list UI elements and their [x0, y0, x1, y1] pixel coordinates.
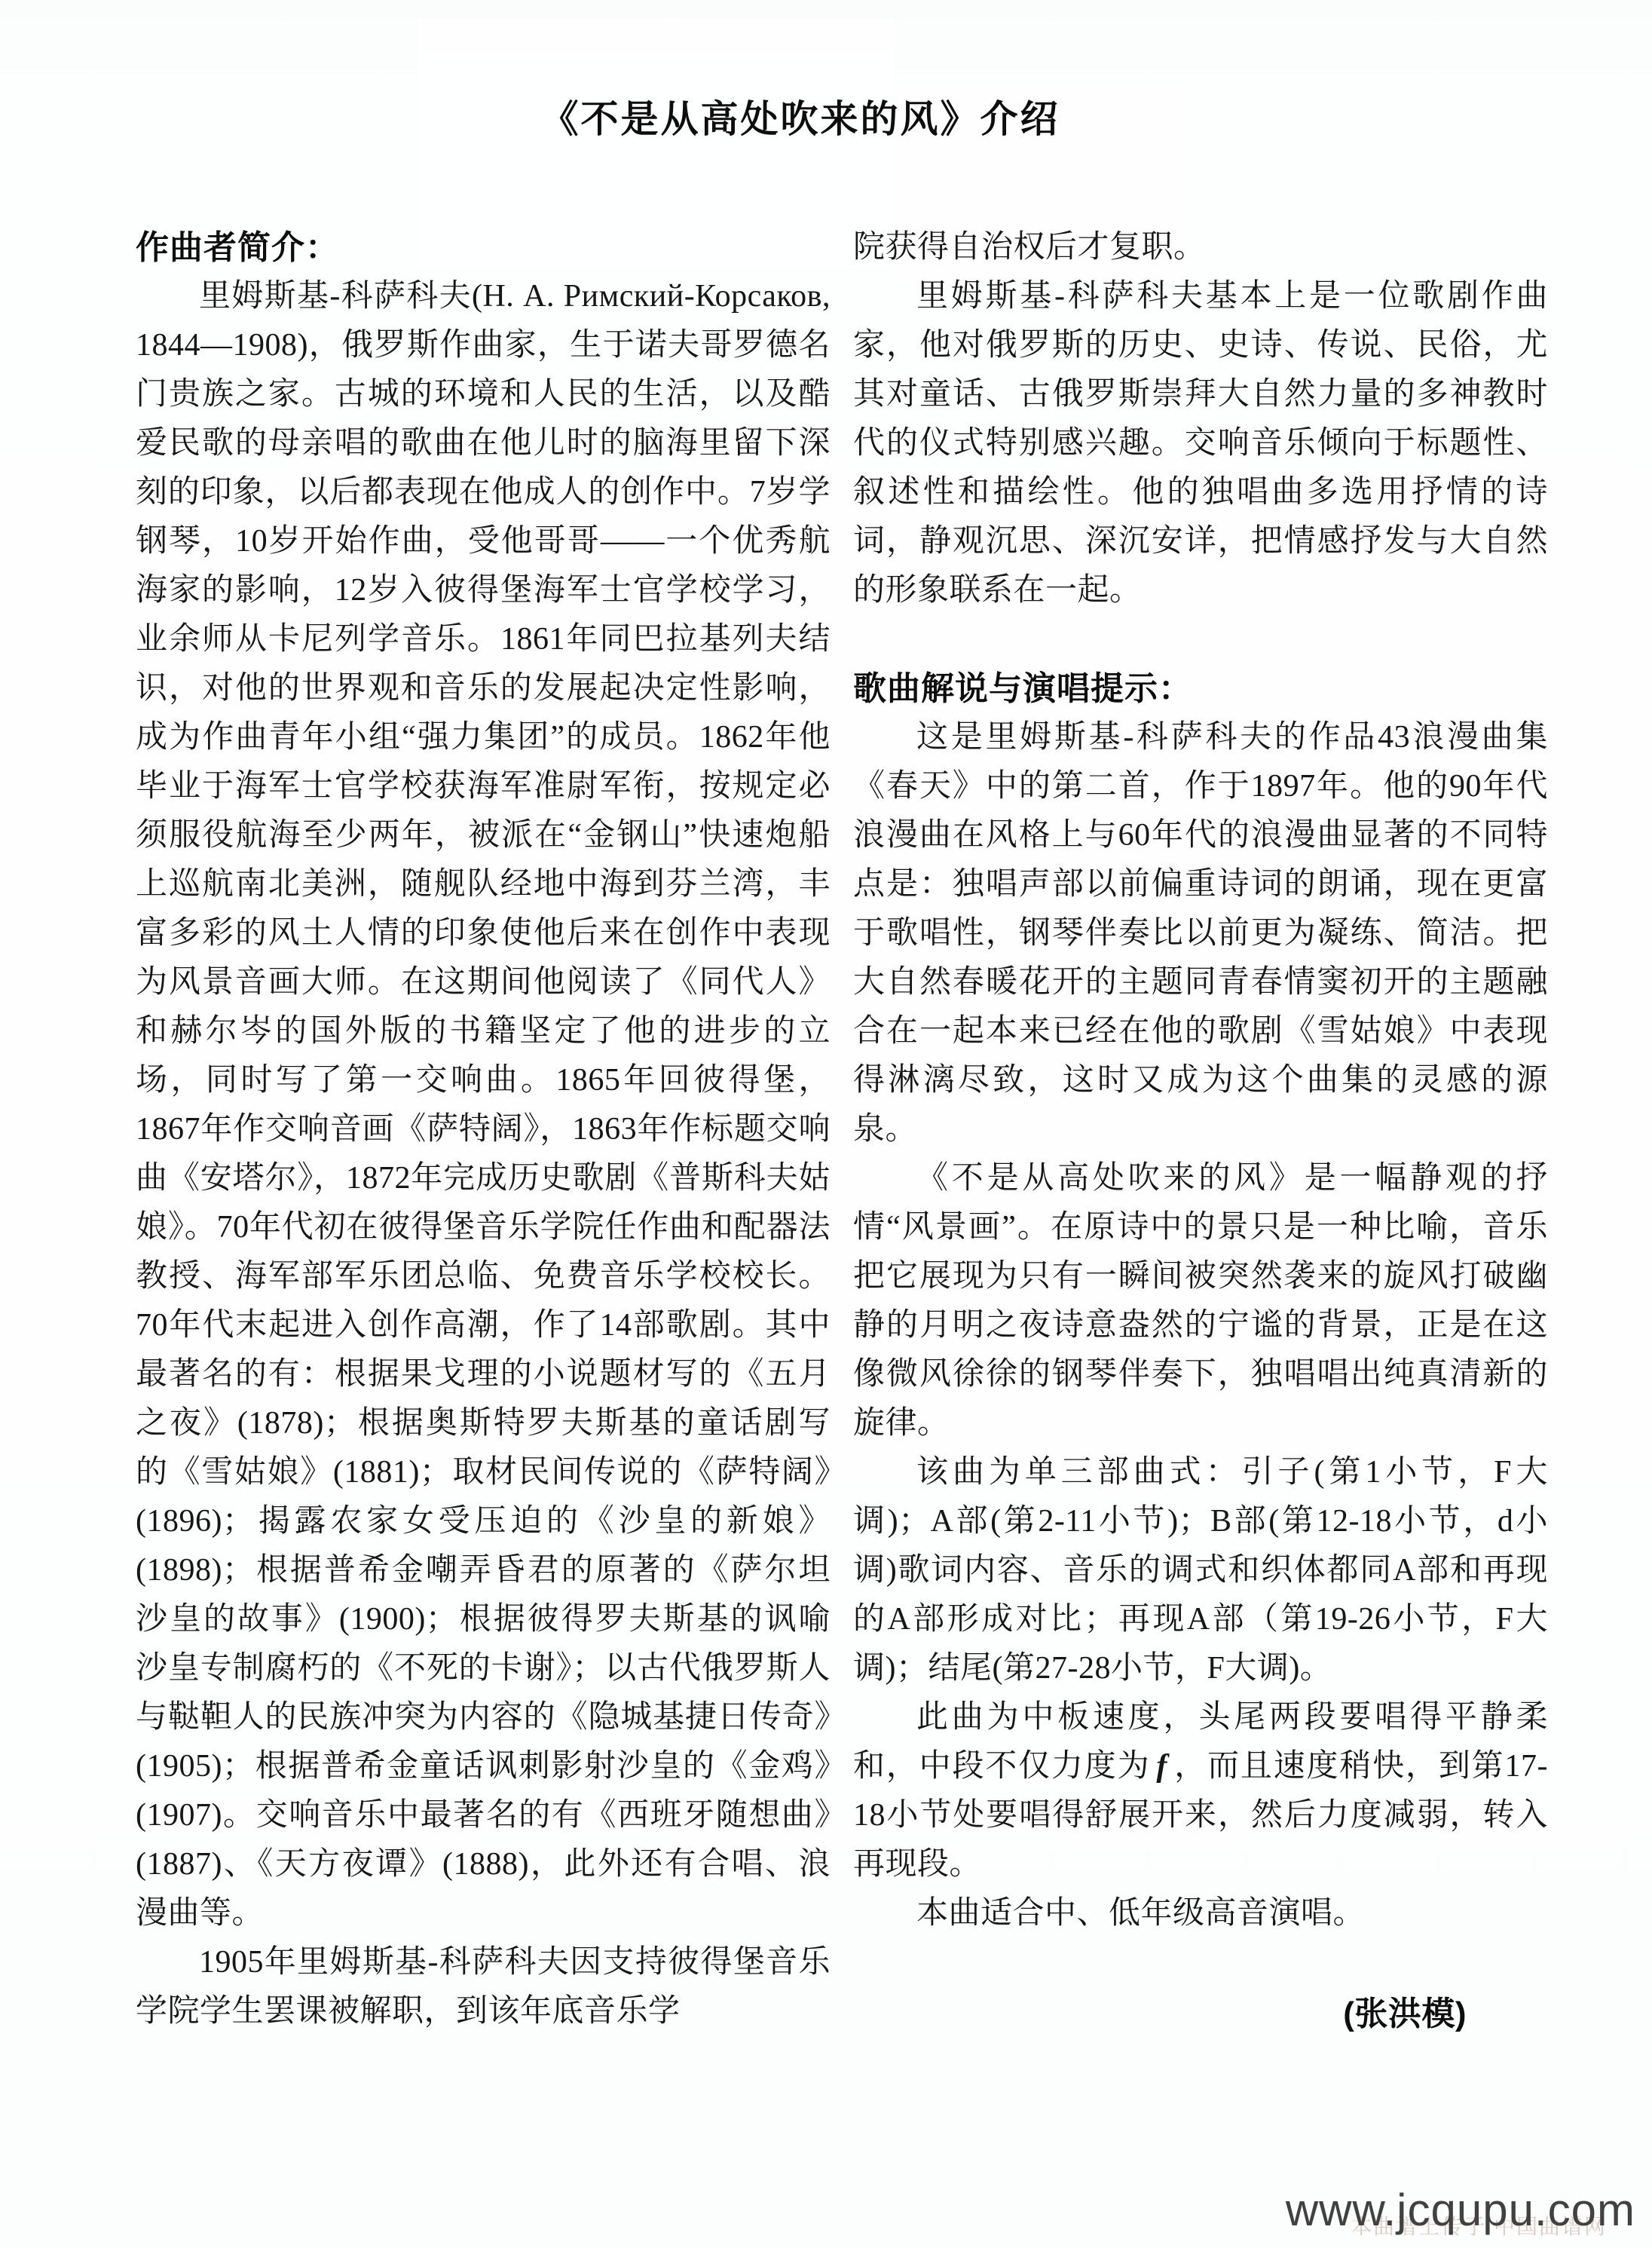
song-background-paragraph: 这是里姆斯基-科萨科夫的作品43浪漫曲集《春天》中的第二首，作于1897年。他的…	[853, 713, 1548, 1154]
song-form-paragraph: 该曲为单三部曲式：引子(第1小节，F大调)；A部(第2-11小节)；B部(第12…	[853, 1448, 1548, 1693]
right-column: 院获得自治权后才复职。 里姆斯基-科萨科夫基本上是一位歌剧作曲家，他对俄罗斯的历…	[853, 223, 1548, 2038]
author-signature: (张洪模)	[853, 1989, 1548, 2038]
page-title: 《不是从高处吹来的风》介绍	[541, 89, 1060, 143]
song-imagery-paragraph: 《不是从高处吹来的风》是一幅静观的抒情“风景画”。在原诗中的景只是一种比喻，音乐…	[853, 1154, 1548, 1448]
composer-bio-paragraph-continued: 1905年里姆斯基-科萨科夫因支持彼得堡音乐学院学生罢课被解职，到该年底音乐学	[136, 1938, 831, 2036]
two-column-body: 作曲者简介： 里姆斯基-科萨科夫(Н. А. Римский-Корсаков,…	[136, 223, 1549, 2038]
continuation-line: 院获得自治权后才复职。	[853, 223, 1548, 272]
composer-intro-heading: 作曲者简介：	[136, 223, 831, 272]
forte-dynamic-symbol: f	[1150, 1749, 1173, 1784]
suitability-paragraph: 本曲适合中、低年级高音演唱。	[853, 1889, 1548, 1938]
song-notes-heading: 歌曲解说与演唱提示：	[853, 664, 1548, 713]
opera-composer-paragraph: 里姆斯基-科萨科夫基本上是一位歌剧作曲家，他对俄罗斯的历史、史诗、传说、民俗，尤…	[853, 272, 1548, 615]
composer-bio-paragraph: 里姆斯基-科萨科夫(Н. А. Римский-Корсаков, 1844—1…	[136, 272, 831, 1938]
document-page: 《不是从高处吹来的风》介绍 作曲者简介： 里姆斯基-科萨科夫(Н. А. Рим…	[0, 0, 1652, 2248]
performance-advice-paragraph: 此曲为中板速度，头尾两段要唱得平静柔和，中段不仅力度为f，而且速度稍快，到第17…	[853, 1693, 1548, 1889]
site-watermark: www.jcqupu.com	[1286, 2184, 1635, 2236]
left-column: 作曲者简介： 里姆斯基-科萨科夫(Н. А. Римский-Корсаков,…	[136, 223, 831, 2038]
